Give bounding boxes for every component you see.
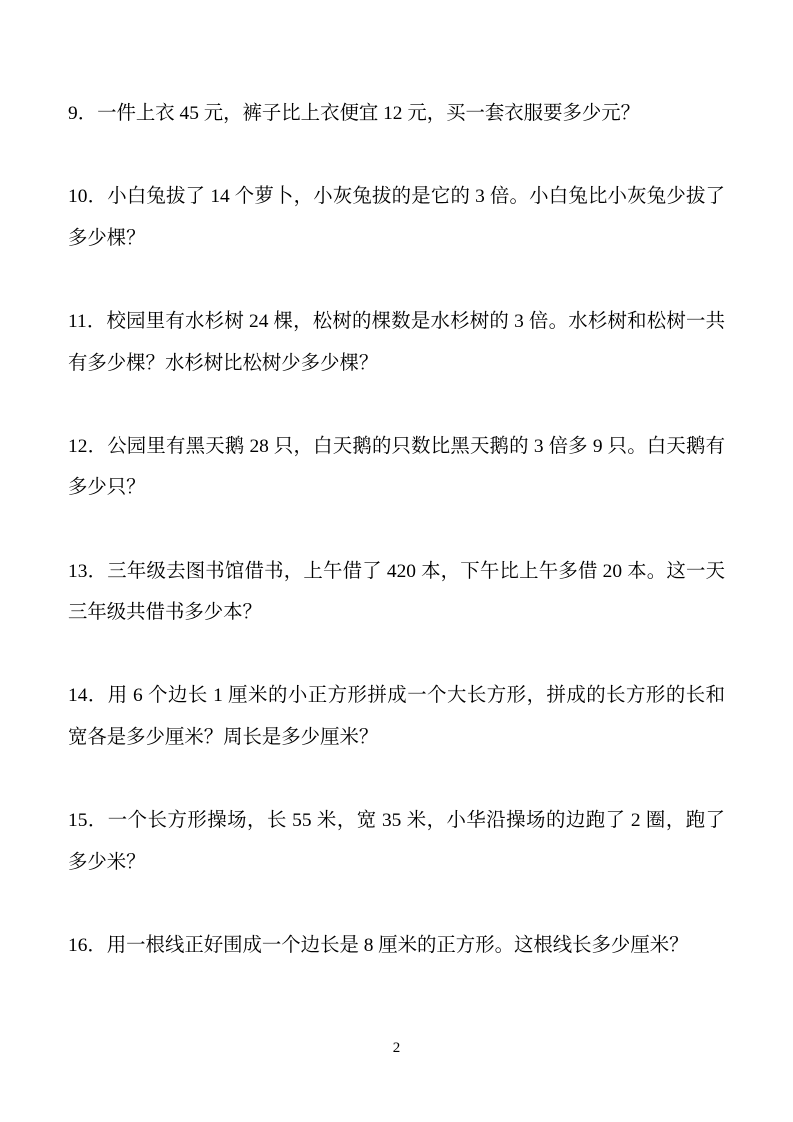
worksheet-page: 9．一件上衣 45 元，裤子比上衣便宜 12 元，买一套衣服要多少元？10．小白… (0, 0, 793, 1122)
problem-10: 10．小白兔拔了 14 个萝卜，小灰兔拔的是它的 3 倍。小白兔比小灰兔少拔了多… (68, 176, 725, 259)
problem-12: 12．公园里有黑天鹅 28 只，白天鹅的只数比黑天鹅的 3 倍多 9 只。白天鹅… (68, 426, 725, 509)
problem-14: 14．用 6 个边长 1 厘米的小正方形拼成一个大长方形，拼成的长方形的长和宽各… (68, 675, 725, 758)
problem-16: 16．用一根线正好围成一个边长是 8 厘米的正方形。这根线长多少厘米？ (68, 925, 725, 967)
page-number: 2 (393, 1040, 401, 1056)
problem-15: 15．一个长方形操场，长 55 米，宽 35 米，小华沿操场的边跑了 2 圈，跑… (68, 800, 725, 883)
page-footer: 2 (0, 1038, 793, 1058)
problem-9: 9．一件上衣 45 元，裤子比上衣便宜 12 元，买一套衣服要多少元？ (68, 93, 725, 135)
problem-11: 11．校园里有水杉树 24 棵，松树的棵数是水杉树的 3 倍。水杉树和松树一共有… (68, 301, 725, 384)
problem-13: 13．三年级去图书馆借书，上午借了 420 本，下午比上午多借 20 本。这一天… (68, 551, 725, 634)
problems-list: 9．一件上衣 45 元，裤子比上衣便宜 12 元，买一套衣服要多少元？10．小白… (68, 93, 725, 1008)
